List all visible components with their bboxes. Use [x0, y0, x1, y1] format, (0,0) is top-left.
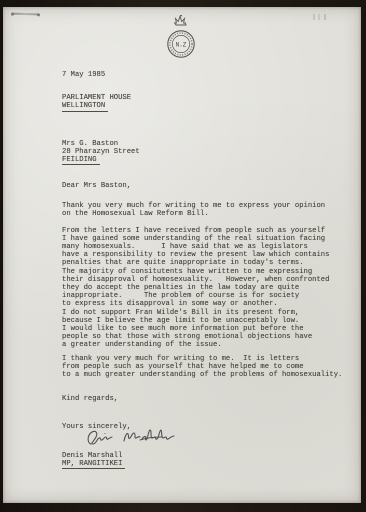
signatory-title: MP, RANGITIKEI — [62, 461, 125, 469]
recipient-address: Mrs G. Baston 28 Pharazyn Street FEILDIN… — [62, 140, 140, 166]
closing-regards: Kind regards, — [62, 395, 118, 403]
body-paragraph-1: Thank you very much for writing to me to… — [62, 202, 325, 218]
nz-parliament-crest: N.Z — [163, 13, 199, 65]
body-paragraph-4: I thank you very much for writing to me.… — [62, 355, 342, 380]
letter-date: 7 May 1985 — [62, 71, 105, 79]
sender-line1: PARLIAMENT HOUSE — [62, 94, 131, 102]
sender-address: PARLIAMENT HOUSE WELLINGTON — [62, 94, 131, 112]
recipient-city: FEILDING — [62, 157, 100, 165]
staple-mark — [12, 13, 39, 16]
signatory-block: Denis Marshall MP, RANGITIKEI — [62, 452, 125, 470]
handwritten-signature — [84, 428, 176, 450]
recipient-name: Mrs G. Baston — [62, 140, 118, 148]
sender-line2: WELLINGTON — [62, 103, 108, 111]
body-paragraph-3: I do not support Fran Wilde's Bill in it… — [62, 309, 312, 350]
letter-paper: N.Z 7 May 1985 PARLIAMENT HOUSE WELLINGT… — [3, 7, 361, 503]
body-paragraph-2: From the letters I have received from pe… — [62, 227, 329, 309]
corner-smudge — [313, 14, 327, 20]
crown-icon — [175, 17, 186, 26]
recipient-street: 28 Pharazyn Street — [62, 148, 140, 156]
salutation: Dear Mrs Baston, — [62, 182, 131, 190]
seal-center-text: N.Z — [176, 42, 187, 49]
signatory-name: Denis Marshall — [62, 452, 122, 460]
scan-border: N.Z 7 May 1985 PARLIAMENT HOUSE WELLINGT… — [0, 0, 366, 512]
